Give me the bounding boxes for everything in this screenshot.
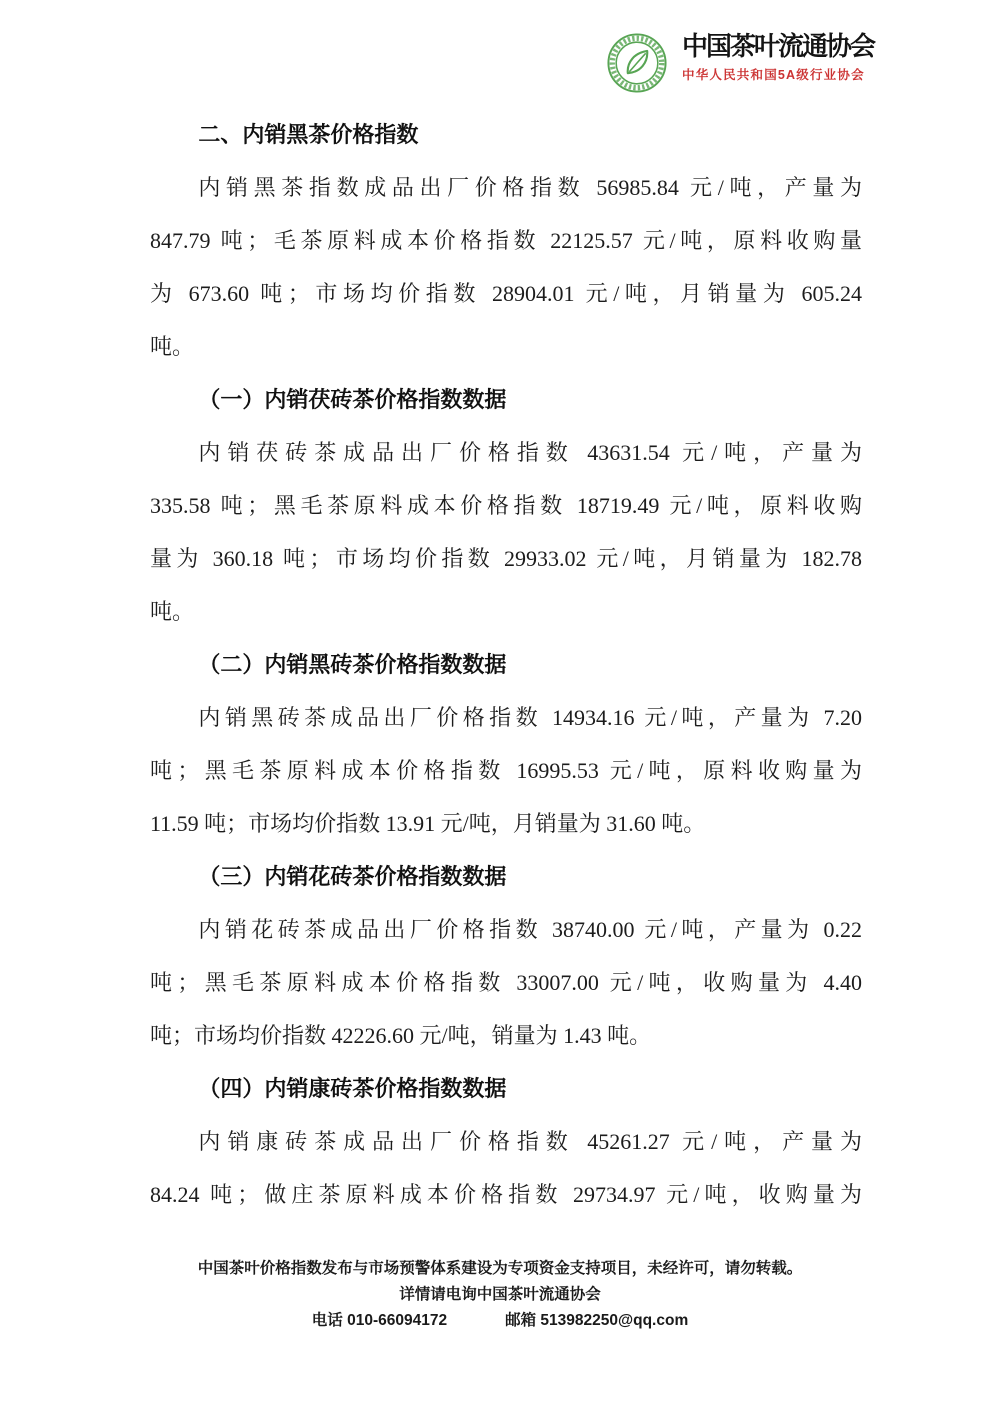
email-address: 513982250@qq.com (540, 1308, 688, 1334)
org-text-block: 中国茶叶流通协会 中华人民共和国5A级行业协会 (682, 30, 882, 83)
body-line: 为 673.60 吨；市场均价指数 28904.01 元/吨，月销量为 605.… (150, 267, 862, 320)
body-line: 量为 360.18 吨；市场均价指数 29933.02 元/吨，月销量为 182… (150, 532, 862, 585)
body-line: 内销康砖茶成品出厂价格指数 45261.27 元/吨，产量为 (150, 1115, 862, 1168)
body-line: 吨。 (150, 320, 862, 373)
section-1-heading: 二、内销黑茶价格指数 (150, 108, 862, 161)
body-line: 内销花砖茶成品出厂价格指数 38740.00 元/吨，产量为 0.22 (150, 903, 862, 956)
body-line: 内销黑茶指数成品出厂价格指数 56985.84 元/吨，产量为 (150, 161, 862, 214)
body-line: 内销茯砖茶成品出厂价格指数 43631.54 元/吨，产量为 (150, 426, 862, 479)
body-line: 84.24 吨；做庄茶原料成本价格指数 29734.97 元/吨，收购量为 (150, 1168, 862, 1221)
section-2-heading: （一）内销茯砖茶价格指数数据 (150, 373, 862, 426)
document-body: 二、内销黑茶价格指数 内销黑茶指数成品出厂价格指数 56985.84 元/吨，产… (150, 108, 862, 1221)
tea-association-logo-icon (606, 32, 668, 94)
section-3-heading: （二）内销黑砖茶价格指数数据 (150, 638, 862, 691)
leaf-ring-logo-icon (606, 32, 668, 94)
body-line: 吨；市场均价指数 42226.60 元/吨，销量为 1.43 吨。 (150, 1009, 862, 1062)
phone-number: 010-66094172 (347, 1308, 447, 1334)
phone-label: 电话 (312, 1308, 343, 1334)
section-5-heading: （四）内销康砖茶价格指数数据 (150, 1062, 862, 1115)
body-line: 吨。 (150, 585, 862, 638)
org-subtitle: 中华人民共和国5A级行业协会 (682, 67, 882, 83)
body-line: 335.58 吨；黑毛茶原料成本价格指数 18719.49 元/吨，原料收购 (150, 479, 862, 532)
footer-contact: 电话 010-66094172邮箱 513982250@qq.com (0, 1308, 1000, 1334)
body-line: 吨；黑毛茶原料成本价格指数 16995.53 元/吨，原料收购量为 (150, 744, 862, 797)
page-footer: 中国茶叶价格指数发布与市场预警体系建设为专项资金支持项目，未经许可，请勿转载。 … (0, 1256, 1000, 1334)
footer-inquiry: 详情请电询中国茶叶流通协会 (0, 1282, 1000, 1308)
email-label: 邮箱 (505, 1308, 536, 1334)
org-name: 中国茶叶流通协会 (682, 30, 882, 64)
footer-notice: 中国茶叶价格指数发布与市场预警体系建设为专项资金支持项目，未经许可，请勿转载。 (0, 1256, 1000, 1282)
body-line: 11.59 吨；市场均价指数 13.91 元/吨，月销量为 31.60 吨。 (150, 797, 862, 850)
section-4-heading: （三）内销花砖茶价格指数数据 (150, 850, 862, 903)
body-line: 内销黑砖茶成品出厂价格指数 14934.16 元/吨，产量为 7.20 (150, 691, 862, 744)
body-line: 847.79 吨；毛茶原料成本价格指数 22125.57 元/吨，原料收购量 (150, 214, 862, 267)
body-line: 吨；黑毛茶原料成本价格指数 33007.00 元/吨，收购量为 4.40 (150, 956, 862, 1009)
document-page: 中国茶叶流通协会 中华人民共和国5A级行业协会 二、内销黑茶价格指数 内销黑茶指… (0, 0, 1000, 1413)
